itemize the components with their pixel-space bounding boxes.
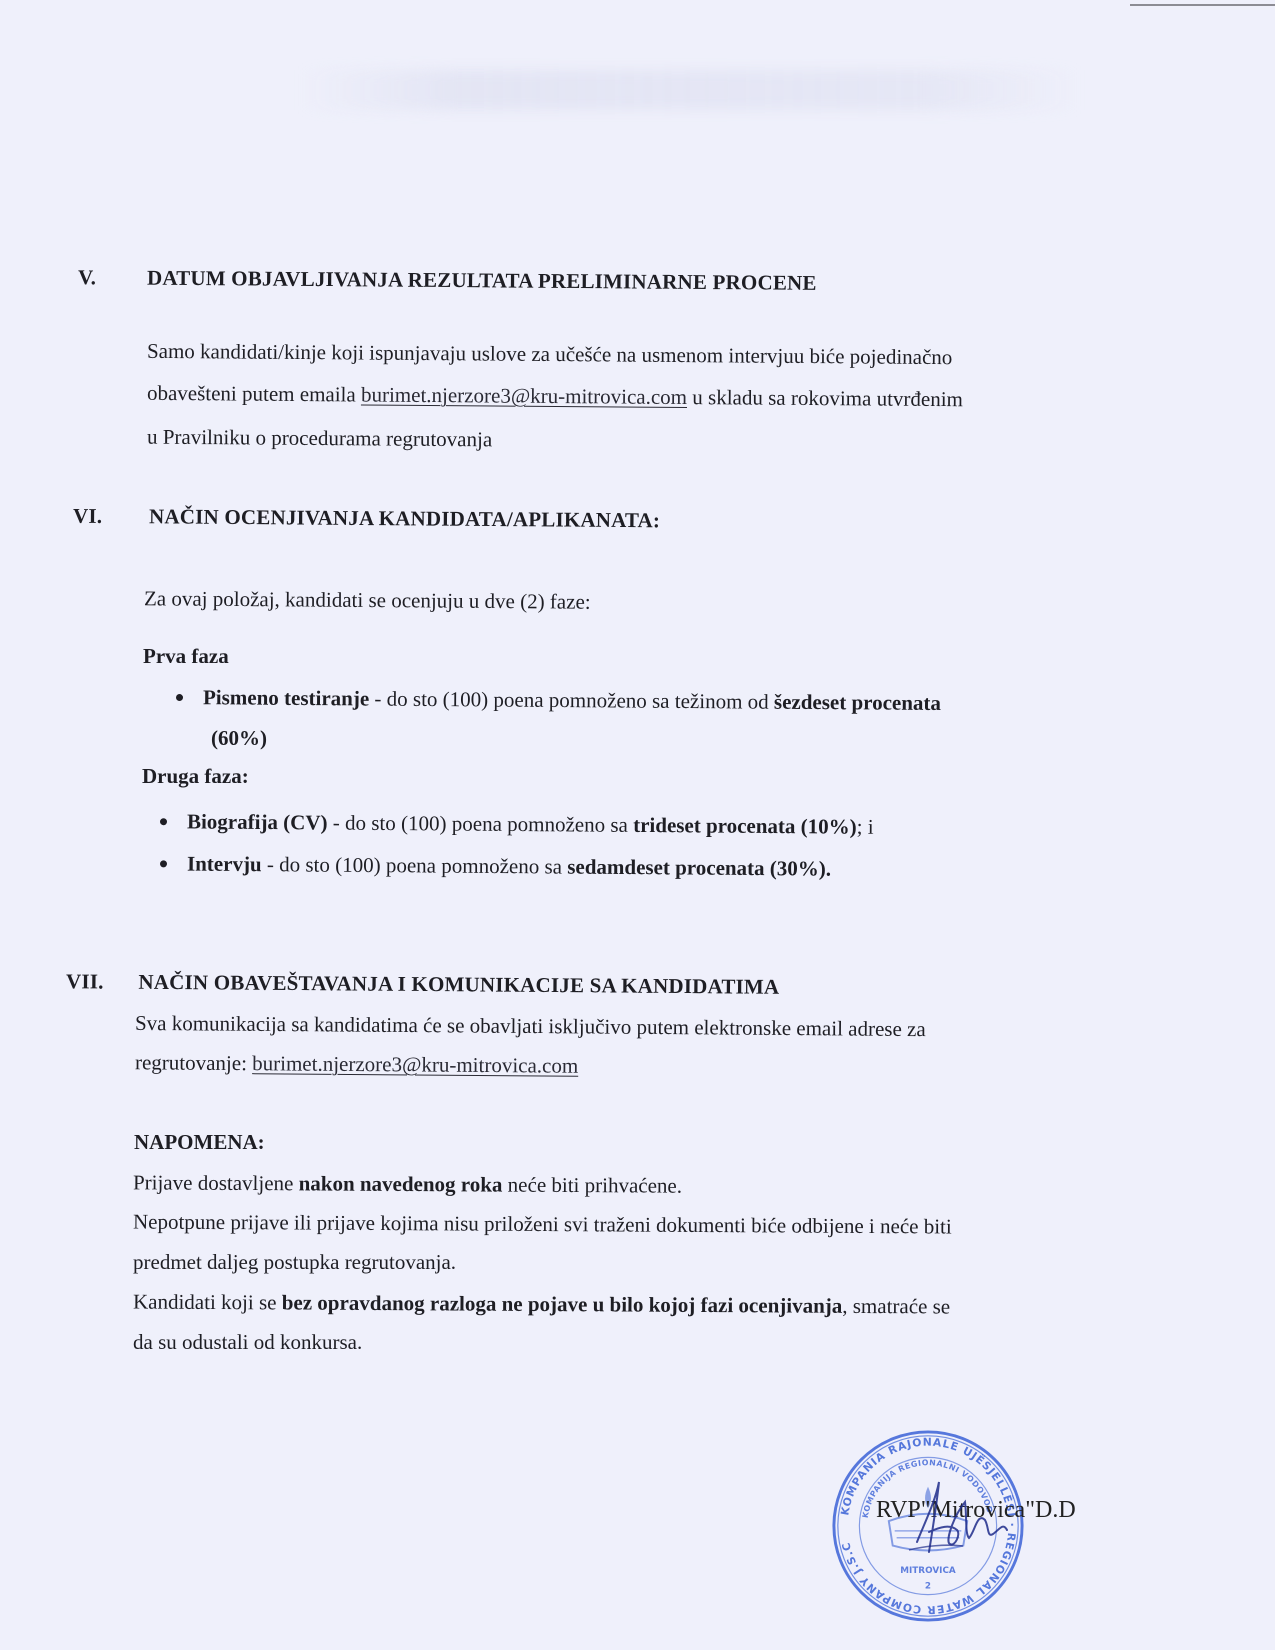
section-v-line-2: obavešteni putem emaila burimet.njerzore… — [147, 381, 963, 411]
bleed-through-artifact — [300, 70, 1080, 110]
note-title: NAPOMENA: — [134, 1130, 265, 1154]
section-number: V. — [78, 265, 96, 289]
phase-1-label: Prva faza — [143, 644, 229, 668]
item-text: - do sto (100) poena pomnoženo sa — [262, 852, 568, 878]
section-vii-line-1: Sva komunikacija sa kandidatima će se ob… — [135, 1011, 926, 1041]
phase-2-label: Druga faza: — [142, 764, 249, 788]
text: obavešteni putem emaila — [147, 381, 361, 407]
scan-edge-line — [1130, 4, 1275, 6]
emphasis: bez opravdanog razloga ne pojave u bilo … — [282, 1290, 843, 1317]
note-line-1: Prijave dostavljene nakon navedenog roka… — [133, 1170, 682, 1197]
section-title: NAČIN OCENJIVANJA KANDIDATA/APLIKANATA: — [149, 504, 660, 532]
item-weight: šezdeset procenata — [774, 690, 941, 715]
item-after: ; i — [857, 815, 874, 839]
item-lead: Biografija (CV) — [187, 809, 328, 834]
text: , smatraće se — [842, 1294, 950, 1319]
text: neće biti prihvaćene. — [502, 1173, 682, 1198]
section-v-line-1: Samo kandidati/kinje koji ispunjavaju us… — [147, 339, 953, 369]
bullet-icon — [160, 818, 167, 825]
text: regrutovanje: — [135, 1050, 252, 1075]
text: Kandidati koji se — [133, 1290, 282, 1315]
section-number: VII. — [66, 969, 104, 993]
phase-2-item-1: Biografija (CV) - do sto (100) poena pom… — [160, 809, 874, 839]
svg-text:2: 2 — [925, 1582, 931, 1592]
item-text: - do sto (100) poena pomnoženo sa — [327, 811, 633, 837]
email-link[interactable]: burimet.njerzore3@kru-mitrovica.com — [252, 1051, 578, 1078]
item-lead: Pismeno testiranje — [203, 685, 369, 710]
emphasis: nakon navedenog roka — [299, 1171, 503, 1196]
phase-1-item-1-continuation: (60%) — [211, 726, 267, 750]
section-title: DATUM OBJAVLJIVANJA REZULTATA PRELIMINAR… — [147, 266, 817, 295]
note-line-3: predmet daljeg postupka regrutovanja. — [133, 1250, 456, 1274]
section-vii-heading: VII. NAČIN OBAVEŠTAVANJA I KOMUNIKACIJE … — [66, 969, 780, 999]
section-v-heading: V. DATUM OBJAVLJIVANJA REZULTATA PRELIMI… — [78, 265, 817, 295]
handwritten-signature-icon — [895, 1472, 1025, 1567]
note-line-4: Kandidati koji se bez opravdanog razloga… — [133, 1290, 950, 1319]
section-vi-intro: Za ovaj položaj, kandidati se ocenjuju u… — [144, 586, 591, 614]
text: Prijave dostavljene — [133, 1170, 299, 1195]
item-lead: Intervju — [187, 852, 262, 877]
section-title: NAČIN OBAVEŠTAVANJA I KOMUNIKACIJE SA KA… — [138, 970, 779, 999]
email-link[interactable]: burimet.njerzore3@kru-mitrovica.com — [361, 382, 687, 409]
bullet-icon — [176, 694, 183, 701]
section-vii-line-2: regrutovanje: burimet.njerzore3@kru-mitr… — [135, 1050, 578, 1077]
svg-text:MITROVICA: MITROVICA — [900, 1566, 956, 1576]
note-line-2: Nepotpune prijave ili prijave kojima nis… — [133, 1209, 952, 1238]
phase-2-item-2: Intervju - do sto (100) poena pomnoženo … — [160, 851, 831, 880]
note-line-5: da su odustali od konkursa. — [133, 1330, 362, 1354]
bullet-icon — [160, 860, 167, 867]
item-text: - do sto (100) poena pomnoženo sa težino… — [369, 687, 774, 714]
section-v-line-3: u Pravilniku o procedurama regrutovanja — [147, 425, 492, 452]
section-vi-heading: VI. NAČIN OCENJIVANJA KANDIDATA/APLIKANA… — [73, 504, 660, 533]
phase-1-item-1: Pismeno testiranje - do sto (100) poena … — [176, 685, 941, 715]
item-weight: trideset procenata (10%) — [633, 813, 857, 839]
text: u skladu sa rokovima utvrđenim — [687, 385, 963, 411]
item-weight: sedamdeset procenata (30%). — [567, 855, 831, 881]
section-number: VI. — [73, 504, 102, 528]
